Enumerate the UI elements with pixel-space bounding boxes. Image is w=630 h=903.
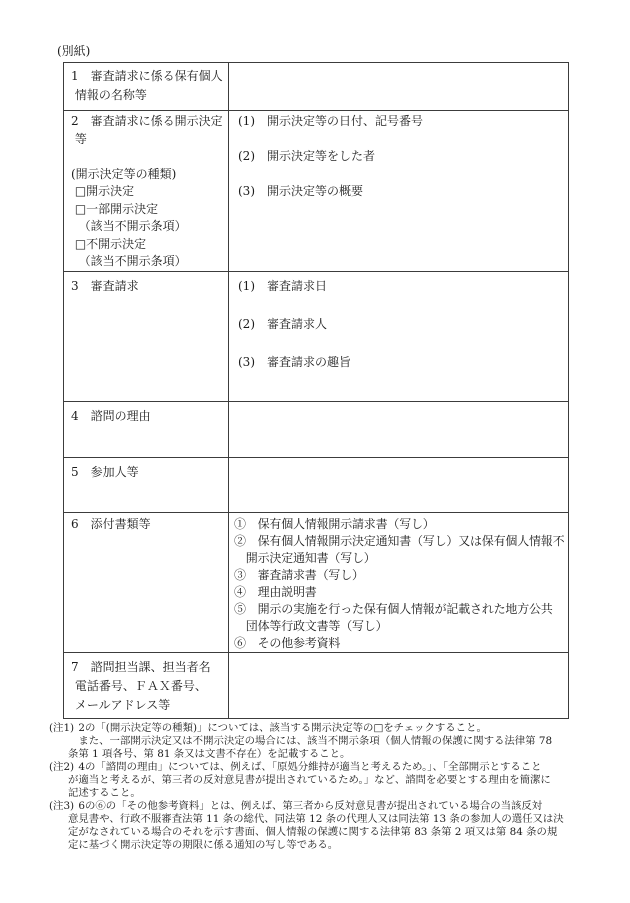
table-row-3-review-request: 3 審査請求 (1) 審査請求日 (2) 審査請求人 (3) 審査請求の趣旨 [64, 271, 569, 401]
footnote-2-label: (注2) [49, 761, 74, 774]
text-line: 5 参加人等 [71, 463, 226, 482]
text-line: (3) 開示決定等の概要 [238, 183, 566, 201]
row1-item-cell: 1 審査請求に係る保有個人 情報の名称等 [64, 63, 229, 111]
text-line: （該当不開示条項） [71, 253, 226, 271]
text-line: （該当不開示条項） [71, 218, 226, 236]
text-line [71, 148, 226, 166]
row3-detail-cell: (1) 審査請求日 (2) 審査請求人 (3) 審査請求の趣旨 [229, 271, 569, 401]
row2-detail-cell: (1) 開示決定等の日付、記号番号 (2) 開示決定等をした者 (3) 開示決定… [229, 111, 569, 272]
table-row-7-contact-info: 7 諮問担当課、担当者名 電話番号、ＦＡＸ番号、 メールアドレス等 [64, 652, 569, 718]
footnote-3: (注3) 6の⑥の「その他参考資料」とは、例えば、第三者から反対意見書が提出され… [49, 800, 576, 852]
text-line: 団体等行政文書等（写し） [234, 618, 566, 635]
text-line: 電話番号、ＦＡＸ番号、 [71, 677, 226, 696]
text-line: が適当と考えるが、第三者の反対意見書が提出されているため。」など、諮問を必要とす… [68, 774, 576, 787]
text-line: 意見書や、行政不服審査法第 11 条の総代、同法第 12 条の代理人又は同法第 … [68, 813, 576, 826]
text-line: (3) 審査請求の趣旨 [238, 353, 566, 372]
text-line: 情報の名称等 [71, 86, 226, 105]
text-line [238, 166, 566, 184]
text-line [238, 334, 566, 353]
text-line: 4の「諮問の理由」については、例えば、「原処分維持が適当と考えるため。」、「全部… [68, 761, 576, 774]
row6-item-cell: 6 添付書類等 [64, 512, 229, 652]
text-line: また、一部開示決定又は不開示決定の場合には、該当不開示条項（個人情報の保護に関す… [68, 735, 576, 748]
document-page: { "page": { "attachment_label": "(別紙)" }… [0, 0, 630, 903]
text-line: 定に基づく開示決定等の期限に係る通知の写し等である。 [68, 839, 576, 852]
text-line: ⑤ 開示の実施を行った保有個人情報が記載された地方公共 [234, 601, 566, 618]
text-line: 6 添付書類等 [71, 516, 226, 533]
table-row-4-consultation-reason: 4 諮問の理由 [64, 401, 569, 457]
text-line: (1) 開示決定等の日付、記号番号 [238, 113, 566, 131]
table-row-5-participants: 5 参加人等 [64, 457, 569, 512]
row5-item-cell: 5 参加人等 [64, 457, 229, 512]
text-line: (2) 審査請求人 [238, 315, 566, 334]
text-line: ⑥ その他参考資料 [234, 635, 566, 652]
text-line: □一部開示決定 [71, 201, 226, 219]
row5-detail-cell [229, 457, 569, 512]
table-row-1-held-personal-info-name: 1 審査請求に係る保有個人 情報の名称等 [64, 63, 569, 111]
row7-detail-cell [229, 652, 569, 718]
text-line: 6の⑥の「その他参考資料」とは、例えば、第三者から反対意見書が提出されている場合… [68, 800, 576, 813]
row2-item-cell: 2 審査請求に係る開示決定 等 (開示決定等の種類) □開示決定 □一部開示決定… [64, 111, 229, 272]
footnote-2-text: 4の「諮問の理由」については、例えば、「原処分維持が適当と考えるため。」、「全部… [68, 761, 576, 800]
footnote-1-text: 2の「(開示決定等の種類)」については、該当する開示決定等の□をチェックすること… [68, 722, 576, 761]
text-line: (開示決定等の種類) [71, 166, 226, 184]
text-line: ① 保有個人情報開示請求書（写し） [234, 516, 566, 533]
row4-item-cell: 4 諮問の理由 [64, 401, 229, 457]
text-line: 7 諮問担当課、担当者名 [71, 658, 226, 677]
text-line: □不開示決定 [71, 236, 226, 254]
table-row-6-attached-documents: 6 添付書類等 ① 保有個人情報開示請求書（写し）② 保有個人情報開示決定通知書… [64, 512, 569, 652]
text-line: 開示決定通知書（写し） [234, 550, 566, 567]
text-line: 3 審査請求 [71, 277, 226, 296]
text-line: メールアドレス等 [71, 696, 226, 715]
footnote-3-text: 6の⑥の「その他参考資料」とは、例えば、第三者から反対意見書が提出されている場合… [68, 800, 576, 852]
text-line: (1) 審査請求日 [238, 277, 566, 296]
text-line: 記述すること。 [68, 787, 576, 800]
text-line: 4 諮問の理由 [71, 407, 226, 426]
text-line [238, 296, 566, 315]
row3-item-cell: 3 審査請求 [64, 271, 229, 401]
text-line: (2) 開示決定等をした者 [238, 148, 566, 166]
text-line: 1 審査請求に係る保有個人 [71, 67, 226, 86]
text-line: ③ 審査請求書（写し） [234, 567, 566, 584]
footnote-2: (注2) 4の「諮問の理由」については、例えば、「原処分維持が適当と考えるため。… [49, 761, 576, 800]
text-line: 2 審査請求に係る開示決定 [71, 113, 226, 131]
attachment-label: (別紙) [57, 44, 90, 59]
review-request-summary-table: 1 審査請求に係る保有個人 情報の名称等 2 審査請求に係る開示決定 等 (開示… [63, 62, 569, 719]
text-line: 等 [71, 131, 226, 149]
text-line: 2の「(開示決定等の種類)」については、該当する開示決定等の□をチェックすること… [68, 722, 576, 735]
text-line: 定がなされている場合のそれを示す書面、個人情報の保護に関する法律第 83 条第 … [68, 826, 576, 839]
table-row-2-disclosure-decision: 2 審査請求に係る開示決定 等 (開示決定等の種類) □開示決定 □一部開示決定… [64, 111, 569, 272]
text-line: 条第 1 項各号、第 81 条又は文書不存在）を記載すること。 [68, 748, 576, 761]
footnotes: (注1) 2の「(開示決定等の種類)」については、該当する開示決定等の□をチェッ… [49, 722, 576, 852]
text-line: □開示決定 [71, 183, 226, 201]
footnote-1: (注1) 2の「(開示決定等の種類)」については、該当する開示決定等の□をチェッ… [49, 722, 576, 761]
text-line: ② 保有個人情報開示決定通知書（写し）又は保有個人情報不 [234, 533, 566, 550]
row7-item-cell: 7 諮問担当課、担当者名 電話番号、ＦＡＸ番号、 メールアドレス等 [64, 652, 229, 718]
row6-detail-cell: ① 保有個人情報開示請求書（写し）② 保有個人情報開示決定通知書（写し）又は保有… [229, 512, 569, 652]
row4-detail-cell [229, 401, 569, 457]
text-line [238, 131, 566, 149]
text-line: ④ 理由説明書 [234, 584, 566, 601]
row1-detail-cell [229, 63, 569, 111]
footnote-1-label: (注1) [49, 722, 74, 735]
footnote-3-label: (注3) [49, 800, 74, 813]
